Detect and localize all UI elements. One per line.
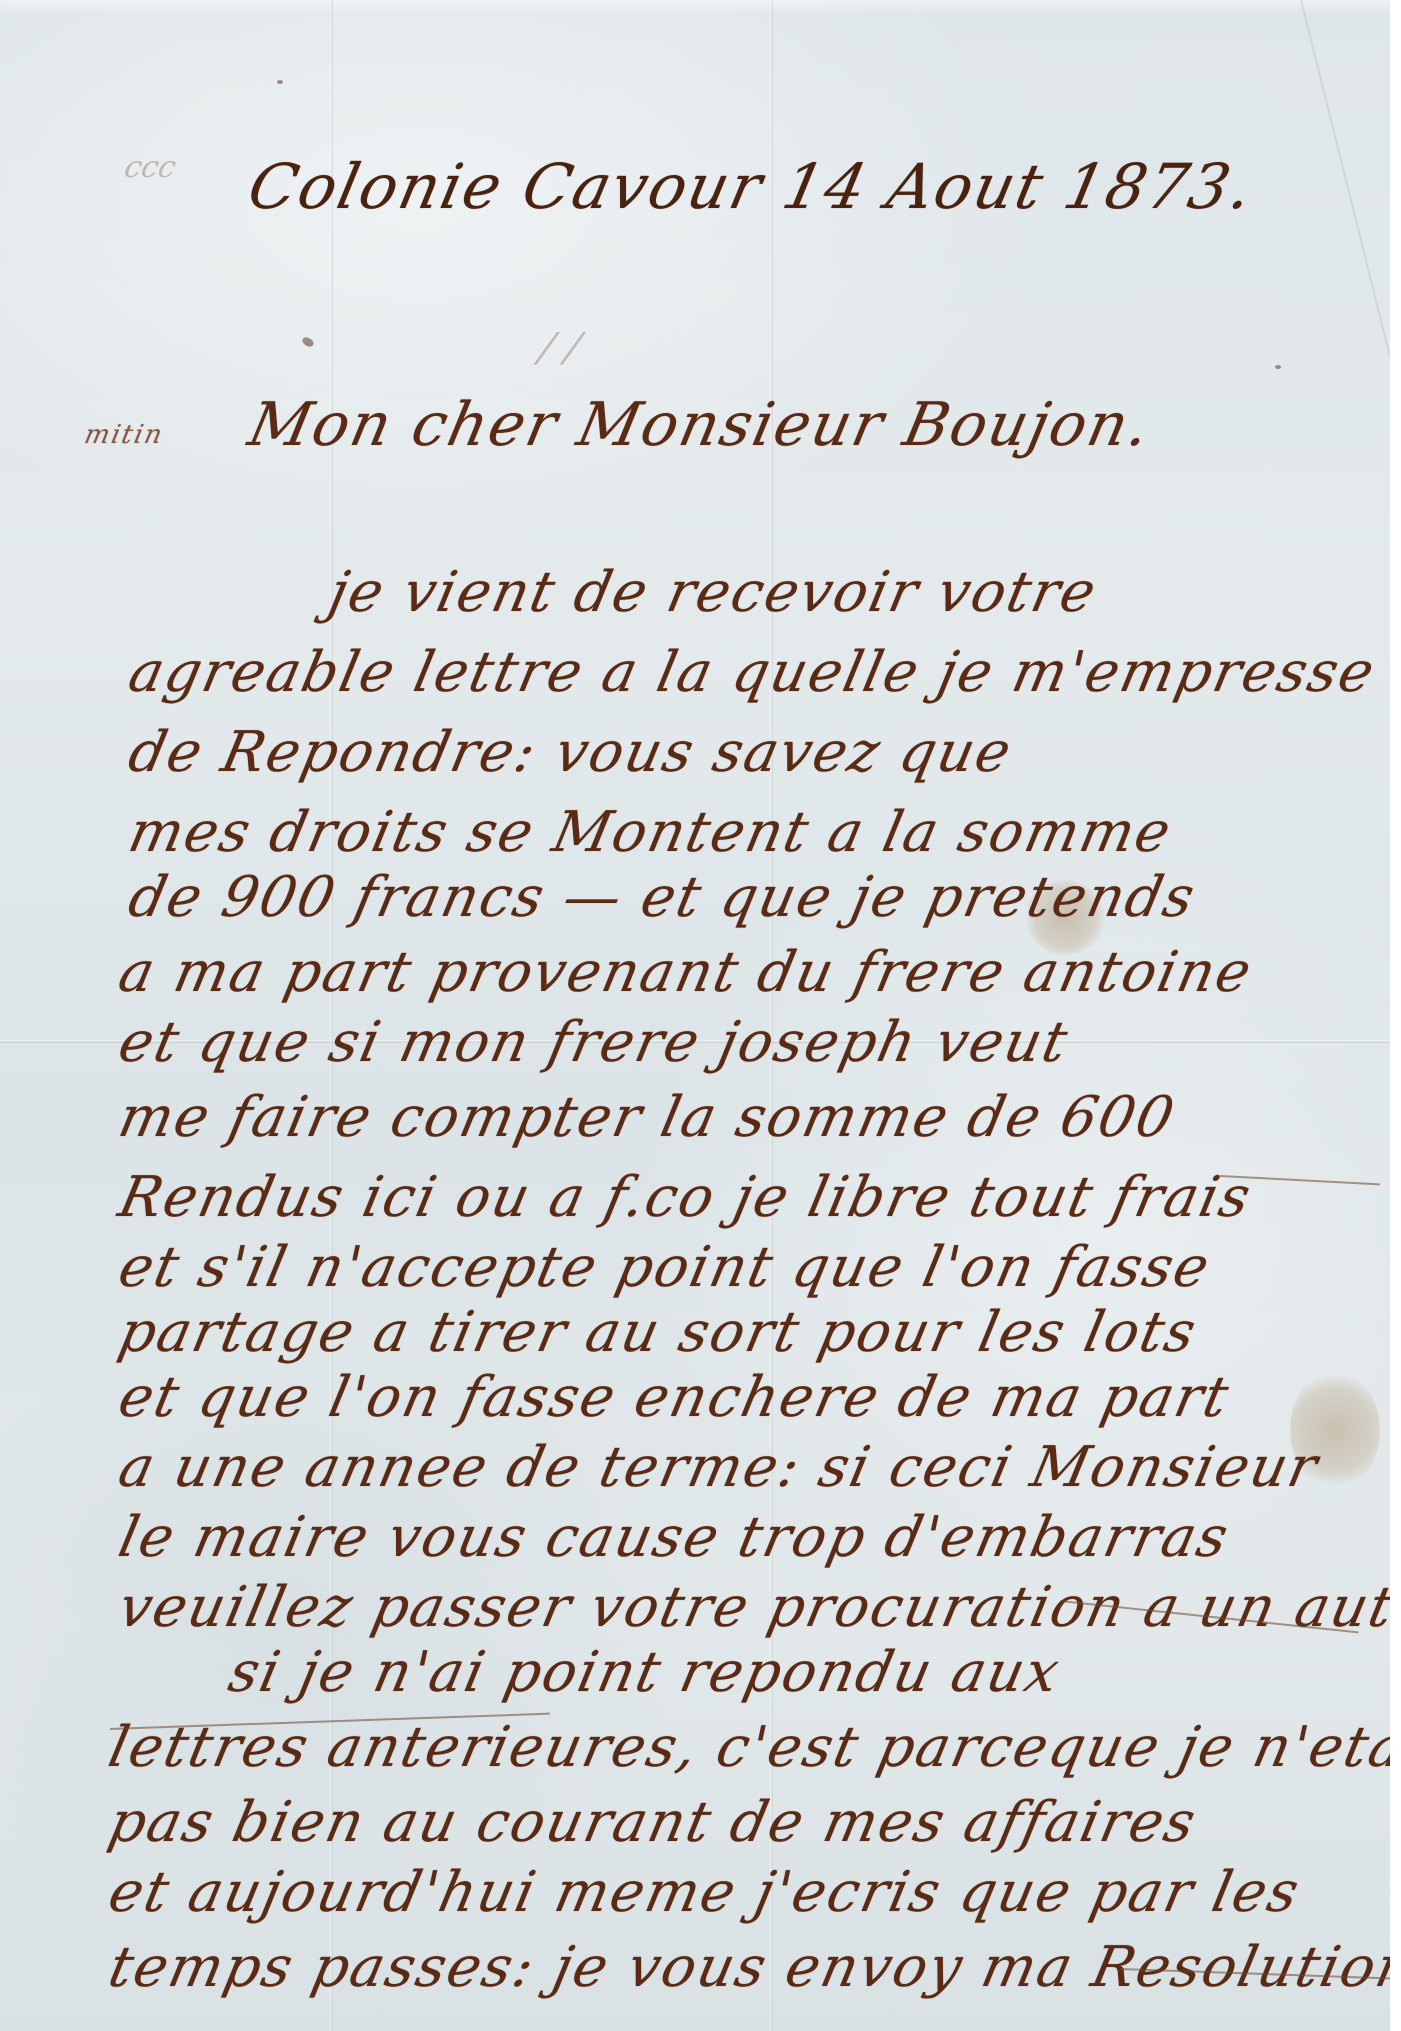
paper-top-edge (0, 0, 1395, 14)
body-line: le maire vous cause trop d'embarras (113, 1505, 1235, 1570)
ink-speck (1275, 365, 1281, 369)
body-line: agreable lettre a la quelle je m'empress… (123, 640, 1381, 705)
bleed-through-mark: / / (535, 325, 584, 371)
body-line: lettres anterieures, c'est parceque je n… (103, 1715, 1401, 1780)
body-line: me faire compter la somme de 600 (113, 1085, 1181, 1150)
body-line: partage a tirer au sort pour les lots (113, 1300, 1203, 1365)
place-date-heading: Colonie Cavour 14 Aout 1873. (242, 150, 1260, 223)
bleed-through-mark: ccc (121, 150, 179, 185)
body-line: temps passes: je vous envoy ma Resolutio… (103, 1935, 1401, 2000)
body-line: a ma part provenant du frere antoine (113, 940, 1258, 1005)
body-line: mes droits se Montent a la somme (123, 800, 1178, 865)
body-line: pas bien au courant de mes affaires (103, 1790, 1203, 1855)
body-line: Rendus ici ou a f.co je libre tout frais (113, 1165, 1258, 1230)
letter-paper: ccc / / mitin Colonie Cavour 14 Aout 187… (0, 0, 1395, 2031)
fold-crease-diagonal (1300, 0, 1401, 873)
body-line: de 900 francs — et que je pretends (123, 865, 1202, 930)
body-line: et que si mon frere joseph veut (113, 1010, 1075, 1075)
body-line: et s'il n'accepte point que l'on fasse (113, 1235, 1216, 1300)
body-line: et que l'on fasse enchere de ma part (113, 1365, 1236, 1430)
salutation: Mon cher Monsieur Boujon. (243, 390, 1158, 460)
body-line: je vient de recevoir votre (323, 560, 1103, 625)
scan-margin (1390, 0, 1401, 2031)
body-line: et aujourd'hui meme j'ecris que par les (103, 1860, 1306, 1925)
ink-speck (277, 80, 283, 84)
body-line: veuillez passer votre procuration a un a… (113, 1575, 1401, 1640)
ink-speck (301, 336, 315, 349)
body-line: de Repondre: vous savez que (123, 720, 1018, 785)
body-line: a une annee de terme: si ceci Monsieur (113, 1435, 1325, 1500)
margin-note: mitin (82, 420, 167, 450)
body-line: si je n'ai point repondu aux (223, 1640, 1066, 1705)
